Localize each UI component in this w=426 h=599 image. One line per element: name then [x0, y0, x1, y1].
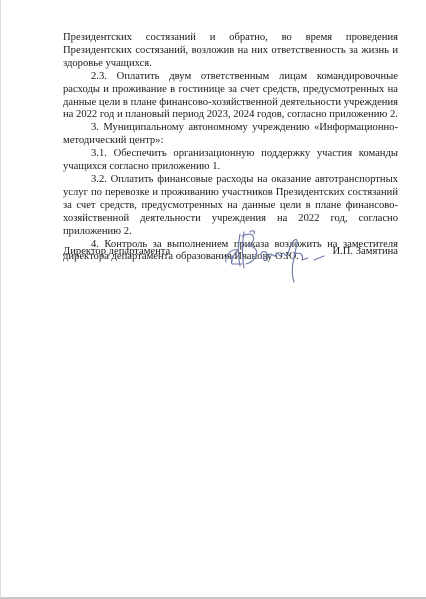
signatory-name: И.П. Замятина — [332, 246, 398, 257]
signature-block: Директор департамента И.П. Замятина — [63, 242, 398, 282]
paragraph-continuation: Президентских состязаний и обратно, во в… — [63, 32, 398, 71]
paragraph-2-3: 2.3. Оплатить двум ответственным лицам к… — [63, 71, 398, 123]
handwritten-signature-icon — [218, 224, 328, 286]
paragraph-3: 3. Муниципальному автономному учреждению… — [63, 122, 398, 148]
document-page: Президентских состязаний и обратно, во в… — [0, 0, 426, 599]
paragraph-3-1: 3.1. Обеспечить организационную поддержк… — [63, 148, 398, 174]
signatory-title: Директор департамента — [63, 246, 170, 257]
